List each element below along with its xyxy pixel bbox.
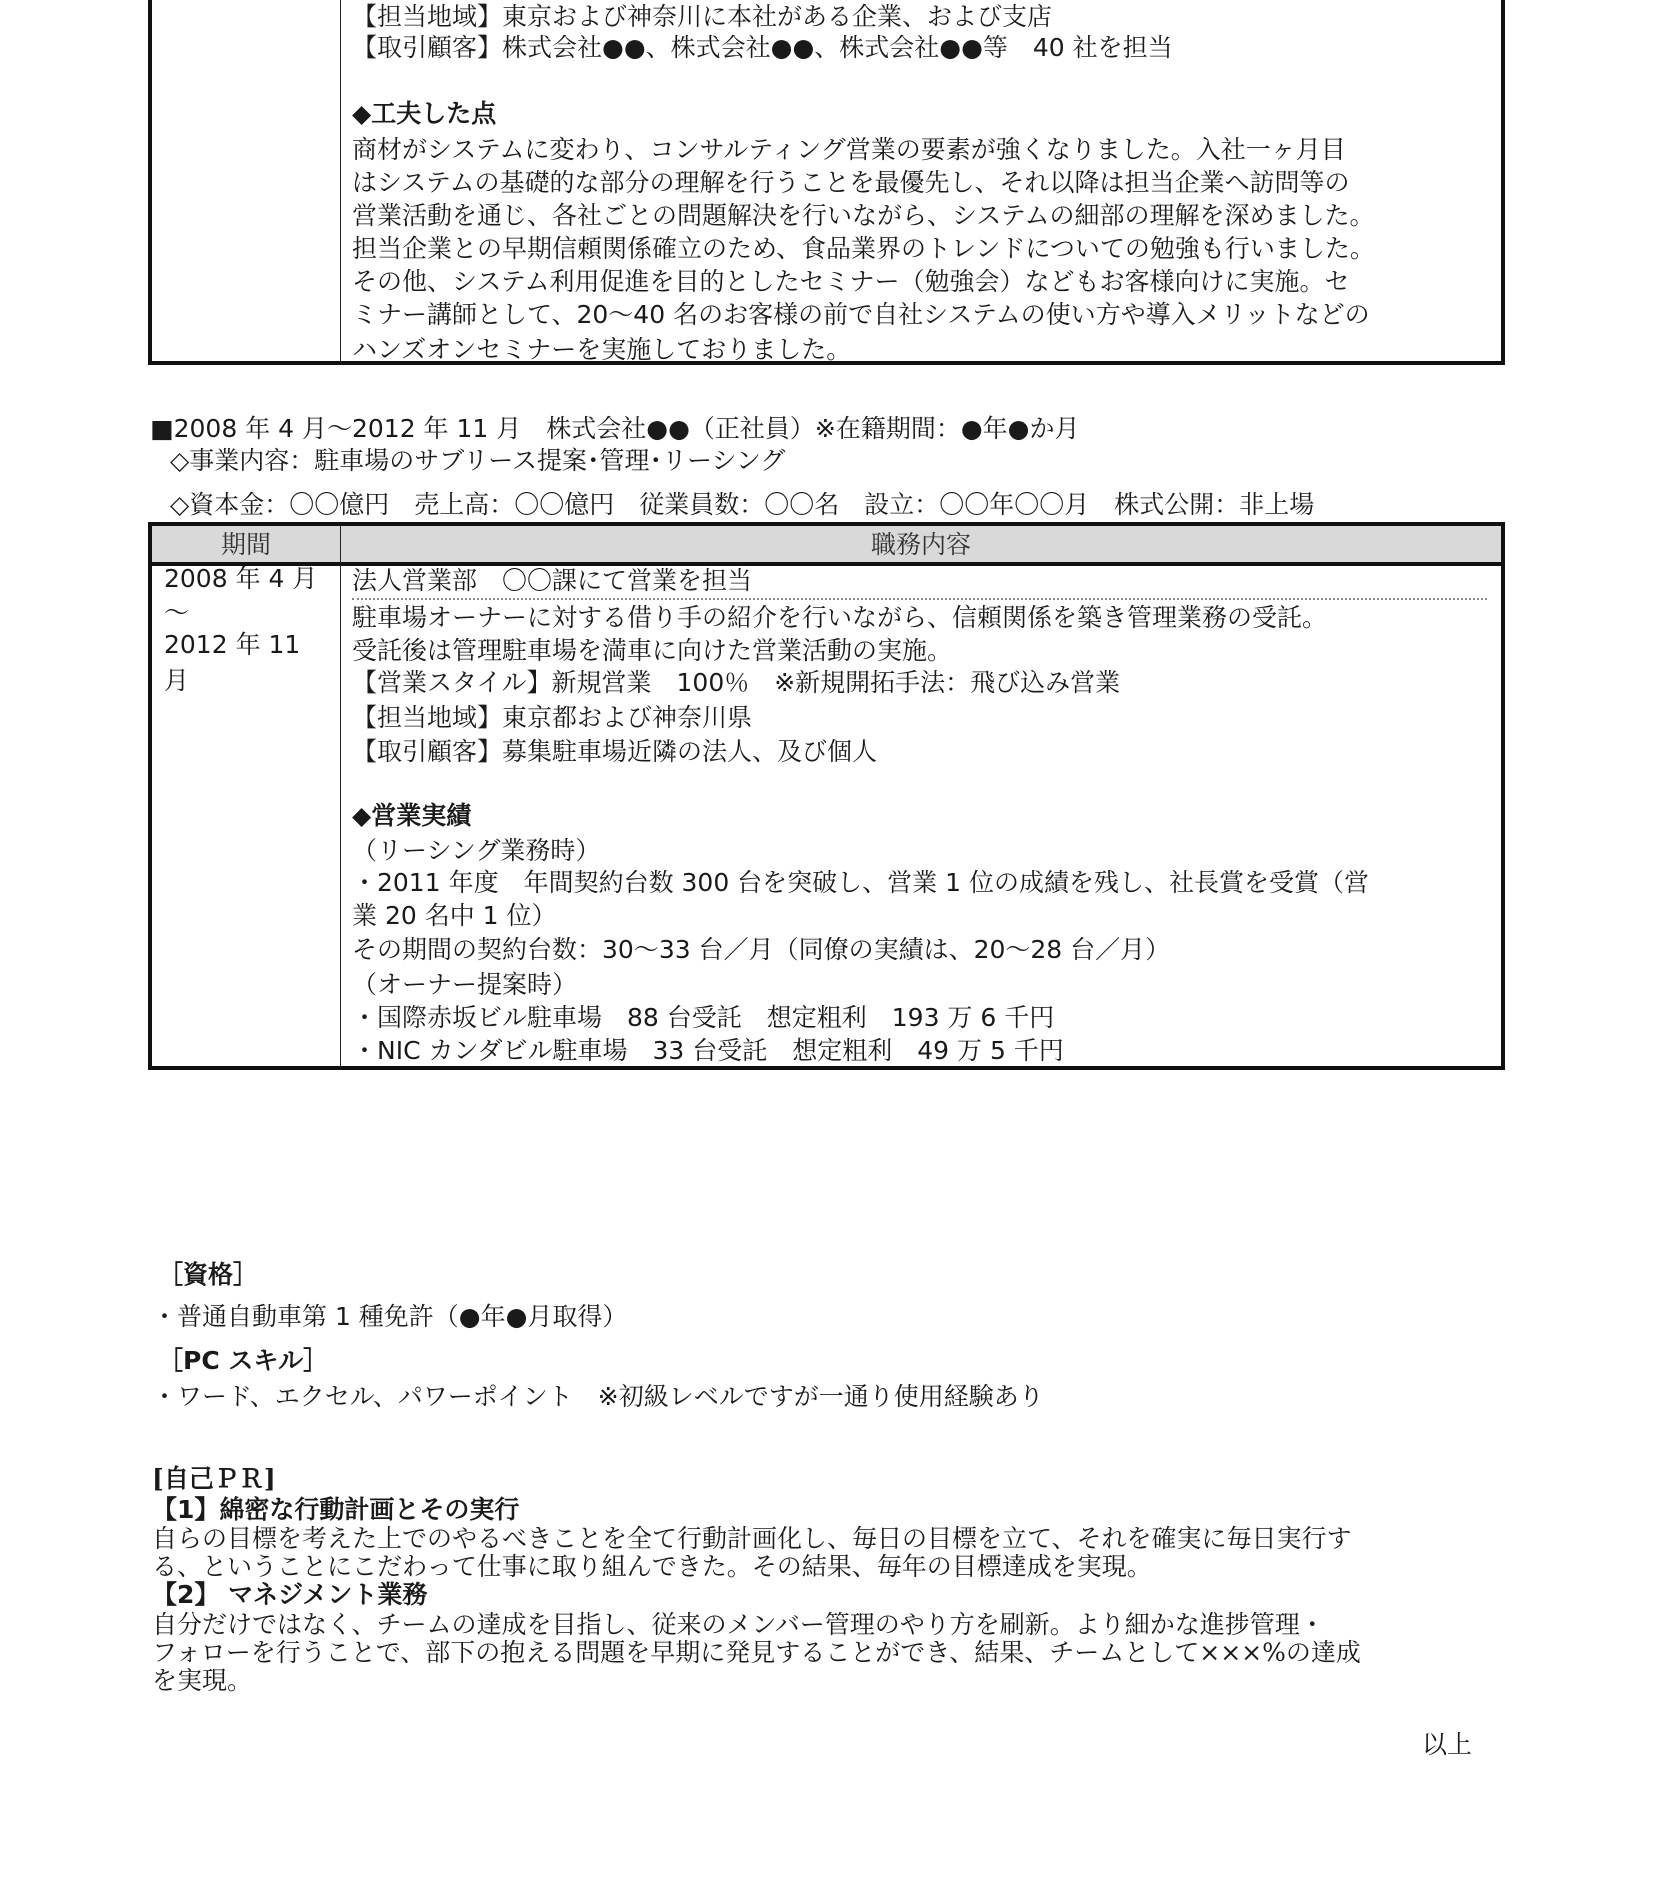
header-period: 期間 bbox=[152, 530, 340, 560]
table-header: 期間 職務内容 bbox=[152, 526, 1501, 566]
result-line: （オーナー提案時） bbox=[352, 972, 577, 997]
business-description: ◇事業内容：駐車場のサブリース提案･管理･リーシング bbox=[170, 448, 785, 473]
dotted-separator bbox=[352, 598, 1487, 600]
pr-point-line: 自分だけではなく、チームの達成を目指し、従来のメンバー管理のやり方を刷新。より細… bbox=[152, 1612, 1325, 1637]
duty-line: 受託後は管理駐車場を満車に向けた営業活動の実施。 bbox=[352, 638, 952, 663]
result-line: ・2011 年度 年間契約台数 300 台を突破し、営業 1 位の成績を残し、社… bbox=[352, 870, 1369, 895]
kufu-heading: ◆工夫した点 bbox=[352, 101, 496, 126]
duty-line: 駐車場オーナーに対する借り手の紹介を行いながら、信頼関係を築き管理業務の受託。 bbox=[352, 605, 1327, 630]
kufu-line: 営業活動を通じ、各社ごとの問題解決を行いながら、システムの細部の理解を深めました… bbox=[352, 203, 1375, 228]
kufu-line: はシステムの基礎的な部分の理解を行うことを最優先し、それ以降は担当企業へ訪問等の bbox=[352, 170, 1350, 195]
department: 法人営業部 〇〇課にて営業を担当 bbox=[352, 568, 752, 593]
duty-line: 【営業スタイル】新規営業 100％ ※新規開拓手法：飛び込み営業 bbox=[352, 670, 1120, 695]
pr-point-title: 【2】 マネジメント業務 bbox=[152, 1582, 427, 1607]
qualification-item: ・普通自動車第 1 種免許（●年●月取得） bbox=[152, 1304, 627, 1329]
company-info: ◇資本金：〇〇億円 売上高：〇〇億円 従業員数：〇〇名 設立：〇〇年〇〇月 株式… bbox=[170, 492, 1314, 517]
pr-point-line: 自らの目標を考えた上でのやるべきことを全て行動計画化し、毎日の目標を立て、それを… bbox=[152, 1526, 1352, 1551]
kufu-line: ハンズオンセミナーを実施しておりました。 bbox=[352, 337, 851, 362]
column-divider bbox=[340, 0, 341, 361]
kufu-line: ミナー講師として、20～40 名のお客様の前で自社システムの使い方や導入メリット… bbox=[352, 302, 1370, 327]
result-line: ・NIC カンダビル駐車場 33 台受託 想定粗利 49 万 5 千円 bbox=[352, 1038, 1064, 1063]
clients-line: 【取引顧客】株式会社●●、株式会社●●、株式会社●●等 40 社を担当 bbox=[352, 35, 1173, 60]
pr-point-line: フォローを行うことで、部下の抱える問題を早期に発見することができ、結果、チームと… bbox=[152, 1640, 1361, 1665]
self-pr-heading: [自己ＰＲ] bbox=[152, 1466, 276, 1491]
pr-point-title: 【1】綿密な行動計画とその実行 bbox=[152, 1497, 519, 1522]
period-line: 月 bbox=[164, 668, 189, 693]
header-duties: 職務内容 bbox=[341, 530, 1501, 560]
period-line: ～ bbox=[164, 600, 189, 625]
column-divider bbox=[340, 526, 341, 1066]
pr-point-line: る、ということにこだわって仕事に取り組んできた。その結果、毎年の目標達成を実現。 bbox=[152, 1554, 1152, 1579]
duty-line: 【取引顧客】募集駐車場近隣の法人、及び個人 bbox=[352, 739, 877, 764]
kufu-line: その他、システム利用促進を目的としたセミナー（勉強会）などもお客様向けに実施。セ bbox=[352, 269, 1350, 294]
duty-line: 【担当地域】東京都および神奈川県 bbox=[352, 705, 752, 730]
result-line: その期間の契約台数：30～33 台／月（同僚の実績は、20～28 台／月） bbox=[352, 937, 1170, 962]
kufu-line: 商材がシステムに変わり、コンサルティング営業の要素が強くなりました。入社一ヶ月目 bbox=[352, 137, 1346, 162]
result-line: ・国際赤坂ビル駐車場 88 台受託 想定粗利 193 万 6 千円 bbox=[352, 1005, 1054, 1030]
period-line: 2012 年 11 bbox=[164, 632, 300, 657]
closing-text: 以上 bbox=[1422, 1732, 1472, 1757]
area-line: 【担当地域】東京および神奈川に本社がある企業、および支店 bbox=[352, 4, 1052, 29]
pr-point-line: を実現。 bbox=[152, 1668, 252, 1693]
job-title: ■2008 年 4 月～2012 年 11 月 株式会社●●（正社員）※在籍期間… bbox=[150, 416, 1079, 441]
kufu-line: 担当企業との早期信頼関係確立のため、食品業界のトレンドについての勉強も行いました… bbox=[352, 236, 1375, 261]
results-heading: ◆営業実績 bbox=[352, 803, 471, 828]
qualifications-heading: ［資格］ bbox=[158, 1262, 258, 1287]
period-line: 2008 年 4 月 bbox=[164, 566, 317, 591]
result-line: 業 20 名中 1 位） bbox=[352, 903, 557, 928]
pc-skill-item: ・ワード、エクセル、パワーポイント ※初級レベルですが一通り使用経験あり bbox=[152, 1384, 1044, 1409]
pc-skills-heading: ［PC スキル］ bbox=[158, 1348, 328, 1373]
result-line: （リーシング業務時） bbox=[352, 838, 600, 863]
